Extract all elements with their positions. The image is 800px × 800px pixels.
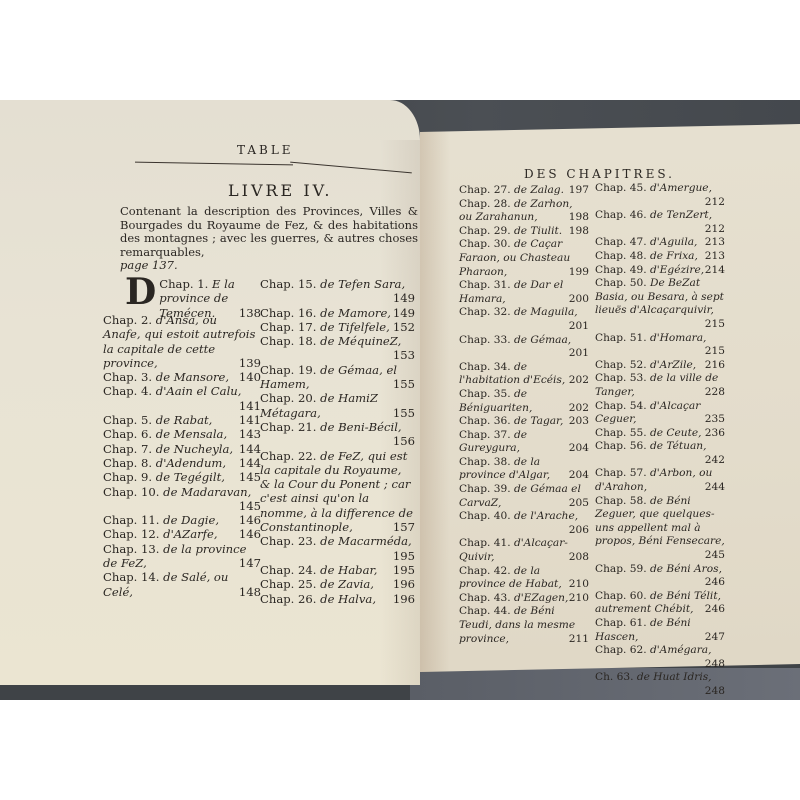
chap-number: Chap. 41. — [459, 537, 511, 549]
intro-text: Contenant la description des Provinces, … — [120, 204, 418, 259]
toc-entry: Chap. 22. de FeZ, qui est la capitale du… — [260, 449, 415, 535]
toc-entry: Chap. 15. de Tefen Sara, 149 — [260, 277, 415, 306]
toc-entry: Chap. 47. d'Aguila, 213 — [595, 236, 725, 250]
page-number: 211 — [569, 633, 589, 647]
book-heading: LIVRE IV. — [228, 181, 332, 200]
toc-entry: Chap. 49. d'Egézire, 214 — [595, 264, 725, 278]
book-intro: Contenant la description des Provinces, … — [120, 205, 418, 273]
page-number: 208 — [569, 551, 589, 565]
chap-title: de Rabat, — [156, 413, 213, 427]
toc-entry: Chap. 41. d'Alcaçar-Quivir, 208 — [459, 537, 589, 564]
toc-entry: Chap. 59. de Béni Aros, 246 — [595, 563, 725, 590]
chap-number: Chap. 44. — [459, 605, 511, 617]
toc-entry-first: Chap. 1. D E la province de Temécen. 138 — [103, 277, 261, 313]
toc-entry: Chap. 51. d'Homara, 215 — [595, 332, 725, 359]
toc-entry: Chap. 33. de Gémaa, 201 — [459, 334, 589, 361]
chap-number: Chap. 32. — [459, 306, 511, 318]
left-column-2: Chap. 15. de Tefen Sara, 149Chap. 16. de… — [260, 277, 415, 606]
page-number: 216 — [705, 359, 725, 373]
chap-number: Chap. 23. — [260, 534, 316, 548]
chap-number: Chap. 50. — [595, 277, 647, 289]
toc-entry: Chap. 10. de Madaravan, 145 — [103, 485, 261, 514]
toc-entry: Chap. 30. de Caçar Faraon, ou Chasteau P… — [459, 238, 589, 279]
toc-entry: Chap. 21. de Beni-Bécil, 156 — [260, 420, 415, 449]
left-running-head: TABLE — [237, 143, 294, 157]
toc-entry: Chap. 45. d'Amergue, 212 — [595, 182, 725, 209]
toc-entry: Chap. 24. de Habar, 195 — [260, 563, 415, 577]
chap-title: de Béni Aros, — [650, 563, 722, 575]
chap-number: Chap. 51. — [595, 332, 647, 344]
chap-title: d'AZarfe, — [163, 527, 217, 541]
chap-number: Chap. 61. — [595, 617, 647, 629]
chap-number: Chap. 10. — [103, 485, 159, 499]
toc-entry: Chap. 34. de l'habitation d'Ecéis, 202 — [459, 361, 589, 388]
page-number: 203 — [569, 415, 589, 429]
page-number: 144 — [239, 456, 261, 470]
chap-number: Chap. 45. — [595, 182, 647, 194]
page-number: 153 — [393, 348, 415, 362]
toc-entry: Chap. 31. de Dar el Hamara, 200 — [459, 279, 589, 306]
page-number: 144 — [239, 442, 261, 456]
chap-number: Chap. 1. — [159, 277, 208, 291]
toc-entry: Chap. 19. de Gémaa, el Hamem, 155 — [260, 363, 415, 392]
page-number: 210 — [569, 592, 589, 606]
toc-entry: Chap. 4. d'Aain el Calu, 141 — [103, 384, 261, 413]
chap-title: de Dagie, — [163, 513, 219, 527]
page-number: 236 — [705, 427, 725, 441]
toc-entry: Chap. 25. de Zavia, 196 — [260, 577, 415, 591]
chap-number: Chap. 46. — [595, 209, 647, 221]
toc-entry: Chap. 13. de la province de FeZ, 147 — [103, 542, 261, 571]
chap-number: Chap. 62. — [595, 644, 647, 656]
chap-number: Chap. 59. — [595, 563, 647, 575]
chap-number: Chap. 58. — [595, 495, 647, 507]
page-number: 195 — [393, 563, 415, 577]
chap-title: de Zalag. — [514, 184, 564, 196]
chap-number: Chap. 48. — [595, 250, 647, 262]
chap-number: Chap. 9. — [103, 470, 152, 484]
chap-number: Chap. 36. — [459, 415, 511, 427]
chap-number: Chap. 17. — [260, 320, 316, 334]
chap-number: Chap. 18. — [260, 334, 316, 348]
toc-entry: Chap. 54. d'Alcaçar Ceguer, 235 — [595, 400, 725, 427]
toc-entry: Chap. 29. de Tiulit. 198 — [459, 225, 589, 239]
page-number: 228 — [705, 386, 725, 400]
drop-cap: D — [125, 277, 156, 307]
toc-entry: Chap. 2. d'Ansa, ou Anafe, qui estoit au… — [103, 313, 261, 370]
page-number: 201 — [569, 347, 589, 361]
toc-entry: Chap. 58. de Béni Zeguer, que quelques-u… — [595, 495, 725, 563]
page-number: 149 — [393, 306, 415, 320]
page-number: 248 — [705, 658, 725, 672]
toc-entry: Chap. 55. de Ceute, 236 — [595, 427, 725, 441]
page-number: 145 — [239, 470, 261, 484]
page-number: 195 — [393, 549, 415, 563]
page-number: 213 — [705, 236, 725, 250]
chap-number: Chap. 56. — [595, 440, 647, 452]
chap-number: Chap. 29. — [459, 225, 511, 237]
toc-entry: Chap. 37. de Gureygura, 204 — [459, 429, 589, 456]
chap-title: de Ceute, — [650, 427, 702, 439]
chap-number: Chap. 19. — [260, 363, 316, 377]
page-number: 199 — [569, 266, 589, 280]
chap-title: de Madaravan, — [163, 485, 251, 499]
page-number: 213 — [705, 250, 725, 264]
toc-entry: Chap. 11. de Dagie, 146 — [103, 513, 261, 527]
chap-number: Chap. 25. — [260, 577, 316, 591]
chap-number: Ch. 63. — [595, 671, 634, 683]
toc-entry: Chap. 60. de Béni Télit, autrement Chébi… — [595, 590, 725, 617]
chap-number: Chap. 20. — [260, 391, 316, 405]
toc-entry: Chap. 48. de Frixa, 213 — [595, 250, 725, 264]
page-number: 143 — [239, 427, 261, 441]
toc-entry: Chap. 16. de Mamore, 149 — [260, 306, 415, 320]
chap-number: Chap. 31. — [459, 279, 511, 291]
chap-number: Chap. 34. — [459, 361, 511, 373]
chap-number: Chap. 14. — [103, 570, 159, 584]
chap-title: d'Egézire, — [650, 264, 704, 276]
chap-title: de Tifelfele, — [320, 320, 390, 334]
page-number: 146 — [239, 527, 261, 541]
page-number: 202 — [569, 402, 589, 416]
chap-number: Chap. 4. — [103, 384, 152, 398]
chap-number: Chap. 2. — [103, 313, 152, 327]
chap-title: d'Aain el Calu, — [156, 384, 242, 398]
chap-number: Chap. 28. — [459, 198, 511, 210]
chap-number: Chap. 13. — [103, 542, 159, 556]
chap-title: de Zavia, — [320, 577, 374, 591]
chap-title: de Tagar, — [514, 415, 563, 427]
page-number: 155 — [393, 377, 415, 391]
toc-entry: Chap. 27. de Zalag. 197 — [459, 184, 589, 198]
chap-number: Chap. 21. — [260, 420, 316, 434]
page-number: 248 — [705, 685, 725, 699]
chap-title: de Tétuan, — [650, 440, 707, 452]
page-number: 198 — [569, 211, 589, 225]
page-number: 210 — [569, 578, 589, 592]
page-number: 139 — [239, 356, 261, 370]
toc-entry: Chap. 38. de la province d'Algar, 204 — [459, 456, 589, 483]
toc-entry: Chap. 53. de la ville de Tanger, 228 — [595, 372, 725, 399]
chap-title: de Maguila, — [514, 306, 578, 318]
chap-title: de Frixa, — [650, 250, 698, 262]
chap-title: d'Homara, — [650, 332, 706, 344]
page-number: 214 — [705, 264, 725, 278]
chap-title: d'Aguila, — [650, 236, 697, 248]
chap-title: de Tefen Sara, — [320, 277, 405, 291]
page-number: 147 — [239, 556, 261, 570]
chap-number: Chap. 43. — [459, 592, 511, 604]
page-number: 198 — [569, 225, 589, 239]
chap-title: d'Amégara, — [650, 644, 712, 656]
chap-title: de Tiulit. — [514, 225, 562, 237]
toc-entry: Chap. 61. de Béni Hascen, 247 — [595, 617, 725, 644]
toc-entry: Chap. 57. d'Arbon, ou d'Arahon, 244 — [595, 467, 725, 494]
chap-title: de l'Arache, — [514, 510, 578, 522]
toc-entry: Chap. 36. de Tagar, 203 — [459, 415, 589, 429]
chap-title: d'Amergue, — [650, 182, 712, 194]
page-number: 140 — [239, 370, 261, 384]
page-number: 138 — [239, 306, 261, 320]
chap-number: Chap. 7. — [103, 442, 152, 456]
chap-number: Chap. 53. — [595, 372, 647, 384]
chap-number: Chap. 52. — [595, 359, 647, 371]
page-number: 246 — [705, 603, 725, 617]
page-number: 149 — [393, 291, 415, 305]
chap-number: Chap. 33. — [459, 334, 511, 346]
page-number: 245 — [705, 549, 725, 563]
toc-entry: Chap. 6. de Mensala, 143 — [103, 427, 261, 441]
toc-entry: Chap. 40. de l'Arache, 206 — [459, 510, 589, 537]
chap-number: Chap. 5. — [103, 413, 152, 427]
page-number: 201 — [569, 320, 589, 334]
chap-number: Chap. 55. — [595, 427, 647, 439]
page-number: 205 — [569, 497, 589, 511]
chap-title: de Mansore, — [156, 370, 229, 384]
toc-entry: Chap. 39. de Gémaa el CarvaZ, 205 — [459, 483, 589, 510]
toc-entry: Chap. 46. de TenZert, 212 — [595, 209, 725, 236]
chap-number: Chap. 49. — [595, 264, 647, 276]
chap-number: Chap. 16. — [260, 306, 316, 320]
page-number: 215 — [705, 345, 725, 359]
chap-number: Chap. 30. — [459, 238, 511, 250]
page-number: 235 — [705, 413, 725, 427]
chap-number: Chap. 6. — [103, 427, 152, 441]
chap-number: Chap. 12. — [103, 527, 159, 541]
toc-entry: Chap. 3. de Mansore, 140 — [103, 370, 261, 384]
toc-entry: Chap. 26. de Halva, 196 — [260, 592, 415, 606]
toc-entry: Chap. 43. d'EZagen, 210 — [459, 592, 589, 606]
left-column-1: Chap. 1. D E la province de Temécen. 138… — [103, 277, 261, 599]
toc-entry: Chap. 7. de Nucheyla, 144 — [103, 442, 261, 456]
toc-entry: Chap. 17. de Tifelfele, 152 — [260, 320, 415, 334]
page-number: 196 — [393, 577, 415, 591]
chap-title: de Huat Idris, — [637, 671, 712, 683]
page-number: 204 — [569, 442, 589, 456]
chap-title: de Beni-Bécil, — [320, 420, 401, 434]
chap-number: Chap. 15. — [260, 277, 316, 291]
chap-number: Chap. 3. — [103, 370, 152, 384]
toc-entry: Chap. 14. de Salé, ou Celé, 148 — [103, 570, 261, 599]
page-number: 156 — [393, 434, 415, 448]
chap-title: de Halva, — [320, 592, 376, 606]
chap-number: Chap. 47. — [595, 236, 647, 248]
page-number: 155 — [393, 406, 415, 420]
page-number: 212 — [705, 196, 725, 210]
toc-entry: Chap. 42. de la province de Habat, 210 — [459, 565, 589, 592]
toc-entry: Chap. 56. de Tétuan, 242 — [595, 440, 725, 467]
chap-title: de Mamore, — [320, 306, 391, 320]
intro-page: page 137. — [120, 259, 418, 273]
chap-number: Chap. 24. — [260, 563, 316, 577]
chap-title: de TenZert, — [650, 209, 712, 221]
toc-entry: Chap. 50. De BeZat Basia, ou Besara, à s… — [595, 277, 725, 331]
toc-entry: Chap. 9. de Tegégilt, 145 — [103, 470, 261, 484]
toc-entry: Chap. 52. d'ArZile, 216 — [595, 359, 725, 373]
chap-number: Chap. 37. — [459, 429, 511, 441]
chap-number: Chap. 38. — [459, 456, 511, 468]
page-number: 152 — [393, 320, 415, 334]
toc-entry: Chap. 44. de Béni Teudi, dans la mesme p… — [459, 605, 589, 646]
chap-number: Chap. 42. — [459, 565, 511, 577]
chap-number: Chap. 26. — [260, 592, 316, 606]
toc-entry: Chap. 20. de HamiZ Métagara, 155 — [260, 391, 415, 420]
page-number: 141 — [239, 399, 261, 413]
page-number: 148 — [239, 585, 261, 599]
page-number: 215 — [705, 318, 725, 332]
chap-number: Chap. 8. — [103, 456, 152, 470]
toc-entry: Chap. 18. de MéquineZ, 153 — [260, 334, 415, 363]
toc-entry: Ch. 63. de Huat Idris, 248 — [595, 671, 725, 698]
chap-number: Chap. 11. — [103, 513, 159, 527]
page-number: 244 — [705, 481, 725, 495]
toc-entry: Chap. 8. d'Adendum, 144 — [103, 456, 261, 470]
chap-number: Chap. 57. — [595, 467, 647, 479]
page-number: 200 — [569, 293, 589, 307]
chap-number: Chap. 39. — [459, 483, 511, 495]
chap-title: de Nucheyla, — [156, 442, 233, 456]
chap-title: de Tegégilt, — [156, 470, 225, 484]
chap-title: d'ArZile, — [650, 359, 696, 371]
toc-entry: Chap. 23. de Macarméda, 195 — [260, 534, 415, 563]
page-number: 212 — [705, 223, 725, 237]
toc-entry: Chap. 12. d'AZarfe, 146 — [103, 527, 261, 541]
chap-number: Chap. 54. — [595, 400, 647, 412]
toc-entry: Chap. 32. de Maguila, 201 — [459, 306, 589, 333]
page-number: 206 — [569, 524, 589, 538]
chap-title: de Macarméda, — [320, 534, 412, 548]
chap-title: de Gémaa, — [514, 334, 571, 346]
page-number: 242 — [705, 454, 725, 468]
page-number: 145 — [239, 499, 261, 513]
page-number: 197 — [569, 184, 589, 198]
page-number: 246 — [705, 576, 725, 590]
chap-number: Chap. 60. — [595, 590, 647, 602]
page-number: 157 — [393, 520, 415, 534]
page-number: 141 — [239, 413, 261, 427]
right-column-1: Chap. 27. de Zalag. 197Chap. 28. de Zarh… — [459, 184, 589, 646]
chap-number: Chap. 35. — [459, 388, 511, 400]
right-running-head: DES CHAPITRES. — [524, 167, 675, 181]
toc-entry: Chap. 35. de Béniguariten, 202 — [459, 388, 589, 415]
chap-number: Chap. 40. — [459, 510, 511, 522]
right-column-2: Chap. 45. d'Amergue, 212Chap. 46. de Ten… — [595, 182, 725, 699]
toc-entry: Chap. 28. de Zarhon, ou Zarahanun, 198 — [459, 198, 589, 225]
chap-title: de Mensala, — [156, 427, 227, 441]
page-number: 204 — [569, 469, 589, 483]
chap-title: de MéquineZ, — [320, 334, 401, 348]
page-number: 202 — [569, 374, 589, 388]
toc-entry: Chap. 5. de Rabat, 141 — [103, 413, 261, 427]
chap-number: Chap. 27. — [459, 184, 511, 196]
page-number: 196 — [393, 592, 415, 606]
toc-entry: Chap. 62. d'Amégara, 248 — [595, 644, 725, 671]
chap-title: d'EZagen, — [514, 592, 568, 604]
page-number: 247 — [705, 631, 725, 645]
chap-number: Chap. 22. — [260, 449, 316, 463]
chap-title: de Habar, — [320, 563, 377, 577]
page-number: 146 — [239, 513, 261, 527]
chap-title: d'Adendum, — [156, 456, 226, 470]
